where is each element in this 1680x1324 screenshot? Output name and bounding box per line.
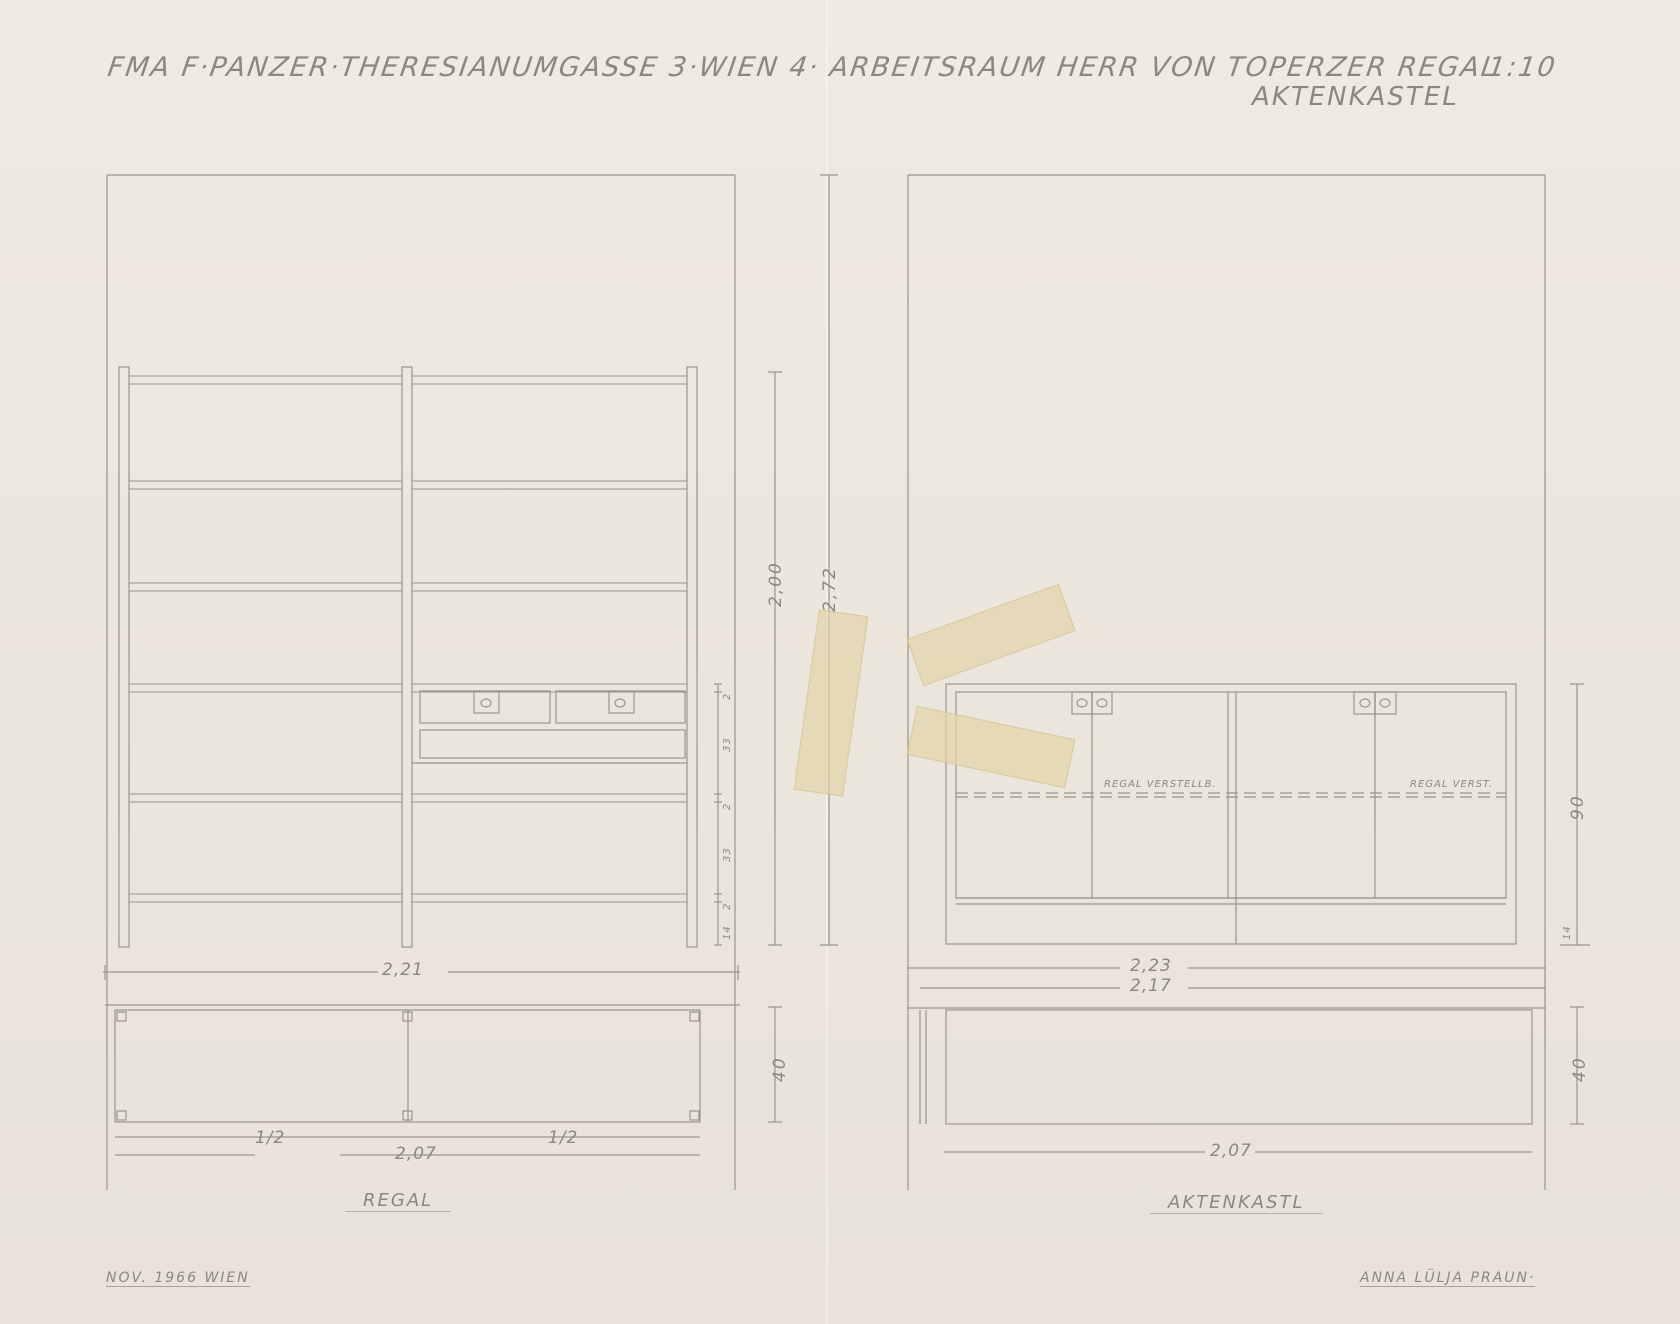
aktenkastl-plan-width: 2,07 [1210, 1141, 1252, 1161]
regal-label: REGAL [345, 1190, 451, 1212]
aktenkastl-elevation [946, 684, 1516, 944]
regal-dimension-chain [714, 684, 722, 945]
regal-elevation [119, 367, 697, 947]
regal-width-label: 2,21 [382, 960, 424, 980]
aktenkastl-plan-depth: 40 [1570, 1056, 1590, 1082]
aktenkastl-label: AKTENKASTL [1150, 1192, 1323, 1214]
shelf-note-right: REGAL VERST. [1410, 779, 1493, 790]
regal-dim-3: 2 [722, 803, 733, 810]
regal-half-left: 1/2 [255, 1128, 285, 1148]
aktenkastl-plan [908, 1008, 1546, 1124]
regal-half-right: 1/2 [548, 1128, 578, 1148]
drawing-subtitle: AKTENKASTEL [1252, 82, 1459, 112]
room-height-label: 2,72 [820, 566, 840, 612]
regal-plan [105, 1005, 740, 1122]
regal-dim-4: 33 [722, 847, 733, 862]
drawing-scale: 1:10 [1486, 52, 1559, 83]
regal-plan-depth: 40 [770, 1056, 790, 1082]
regal-plan-width: 2,07 [395, 1144, 437, 1164]
regal-dim-1: 2 [722, 693, 733, 700]
drawing-title: FMA F·PANZER·THERESIANUMGASSE 3·WIEN 4· … [106, 52, 1501, 83]
drawing-sheet: FMA F·PANZER·THERESIANUMGASSE 3·WIEN 4· … [0, 0, 1680, 1324]
aktenkastl-height-label: 90 [1568, 794, 1588, 820]
regal-room-outline [107, 175, 735, 1190]
author-signature: ANNA LÜLJA PRAUN· [1360, 1270, 1535, 1287]
regal-dim-5: 2 [722, 903, 733, 910]
aktenkastl-room-outline [908, 175, 1545, 1190]
regal-height-label: 2,00 [766, 561, 786, 607]
regal-dim-6: 14 [722, 925, 733, 940]
aktenkastl-plinth-label: 14 [1562, 925, 1573, 940]
shelf-note-left: REGAL VERSTELLB. [1104, 779, 1217, 790]
date-place: NOV. 1966 WIEN [106, 1270, 250, 1287]
aktenkastl-inner-width: 2,17 [1130, 976, 1172, 996]
aktenkastl-outer-width: 2,23 [1130, 956, 1172, 976]
regal-dim-2: 33 [722, 737, 733, 752]
